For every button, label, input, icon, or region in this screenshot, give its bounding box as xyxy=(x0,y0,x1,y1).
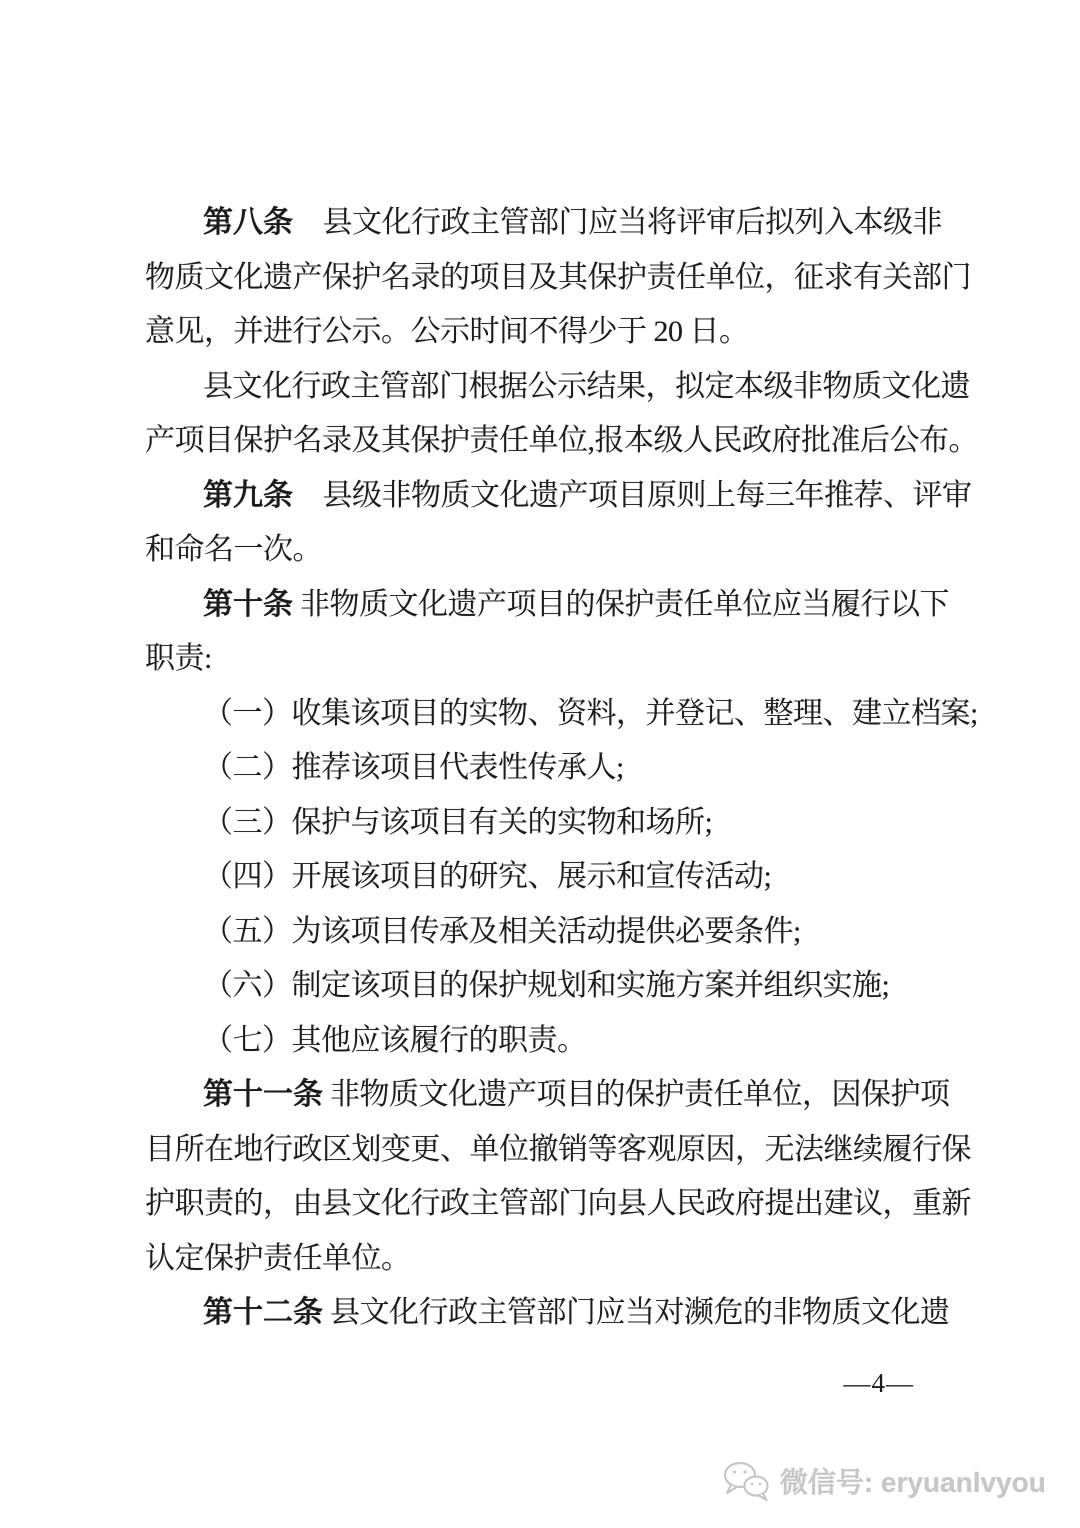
article-number: 第十二条 xyxy=(203,1296,323,1329)
line-text: 物质文化遗产保护名录的项目及其保护责任单位，征求有关部门 xyxy=(145,261,971,294)
text-line: 目所在地行政区划变更、单位撤销等客观原因，无法继续履行保 xyxy=(145,1123,950,1178)
line-text: 认定保护责任单位。 xyxy=(145,1242,411,1275)
text-line: 和命名一次。 xyxy=(145,523,950,578)
text-line: 第八条 县文化行政主管部门应当将评审后拟列入本级非 xyxy=(145,196,950,251)
text-line: 县文化行政主管部门根据公示结果，拟定本级非物质文化遗 xyxy=(145,360,950,415)
line-text: （二）推荐该项目代表性传承人; xyxy=(203,751,624,784)
text-line: 护职责的，由县文化行政主管部门向县人民政府提出建议，重新 xyxy=(145,1177,950,1232)
text-line: 认定保护责任单位。 xyxy=(145,1232,950,1287)
list-item-line: （五）为该项目传承及相关活动提供必要条件; xyxy=(145,905,950,960)
line-text: 非物质文化遗产项目的保护责任单位应当履行以下 xyxy=(293,588,949,621)
text-line: 第十二条 县文化行政主管部门应当对濒危的非物质文化遗 xyxy=(145,1286,950,1341)
text-line: 第十条 非物质文化遗产项目的保护责任单位应当履行以下 xyxy=(145,578,950,633)
list-item-line: （七）其他应该履行的职责。 xyxy=(145,1014,950,1069)
list-item-line: （三）保护与该项目有关的实物和场所; xyxy=(145,796,950,851)
line-text: （一）收集该项目的实物、资料，并登记、整理、建立档案; xyxy=(203,697,978,730)
line-text: 县级非物质文化遗产项目原则上每三年推荐、评审 xyxy=(293,479,972,512)
line-text: （五）为该项目传承及相关活动提供必要条件; xyxy=(203,915,801,948)
line-text: 县文化行政主管部门应当对濒危的非物质文化遗 xyxy=(323,1296,950,1329)
line-text: （七）其他应该履行的职责。 xyxy=(203,1024,587,1057)
line-text: 职责: xyxy=(145,642,212,675)
list-item-line: （一）收集该项目的实物、资料，并登记、整理、建立档案; xyxy=(145,687,950,742)
line-text: 护职责的，由县文化行政主管部门向县人民政府提出建议，重新 xyxy=(145,1187,971,1220)
line-text: 产项目保护名录及其保护责任单位,报本级人民政府批准后公布。 xyxy=(145,424,978,457)
text-line: 职责: xyxy=(145,632,950,687)
list-item-line: （六）制定该项目的保护规划和实施方案并组织实施; xyxy=(145,959,950,1014)
text-line: 第十一条 非物质文化遗产项目的保护责任单位，因保护项 xyxy=(145,1068,950,1123)
line-text: 县文化行政主管部门应当将评审后拟列入本级非 xyxy=(293,206,942,239)
list-item-line: （四）开展该项目的研究、展示和宣传活动; xyxy=(145,850,950,905)
page-number: —4— xyxy=(844,1368,915,1399)
document-body: 第八条 县文化行政主管部门应当将评审后拟列入本级非 物质文化遗产保护名录的项目及… xyxy=(145,196,950,1341)
article-number: 第八条 xyxy=(203,206,293,239)
wechat-watermark: 微信号: eryuanlvyou xyxy=(721,1460,1046,1502)
document-page: 第八条 县文化行政主管部门应当将评审后拟列入本级非 物质文化遗产保护名录的项目及… xyxy=(0,0,1080,1528)
line-text: 意见，并进行公示。公示时间不得少于 20 日。 xyxy=(145,315,749,348)
wechat-id-label: 微信号: eryuanlvyou xyxy=(780,1461,1046,1501)
line-text: 县文化行政主管部门根据公示结果，拟定本级非物质文化遗 xyxy=(203,370,970,403)
line-text: 非物质文化遗产项目的保护责任单位，因保护项 xyxy=(323,1078,950,1111)
text-line: 物质文化遗产保护名录的项目及其保护责任单位，征求有关部门 xyxy=(145,251,950,306)
article-number: 第九条 xyxy=(203,479,293,512)
text-line: 第九条 县级非物质文化遗产项目原则上每三年推荐、评审 xyxy=(145,469,950,524)
wechat-icon xyxy=(721,1460,771,1502)
text-line: 产项目保护名录及其保护责任单位,报本级人民政府批准后公布。 xyxy=(145,414,950,469)
line-text: （三）保护与该项目有关的实物和场所; xyxy=(203,806,712,839)
line-text: 目所在地行政区划变更、单位撤销等客观原因，无法继续履行保 xyxy=(145,1133,971,1166)
text-line: 意见，并进行公示。公示时间不得少于 20 日。 xyxy=(145,305,950,360)
line-text: 和命名一次。 xyxy=(145,533,322,566)
list-item-line: （二）推荐该项目代表性传承人; xyxy=(145,741,950,796)
article-number: 第十一条 xyxy=(203,1078,323,1111)
article-number: 第十条 xyxy=(203,588,293,621)
line-text: （六）制定该项目的保护规划和实施方案并组织实施; xyxy=(203,969,889,1002)
line-text: （四）开展该项目的研究、展示和宣传活动; xyxy=(203,860,771,893)
